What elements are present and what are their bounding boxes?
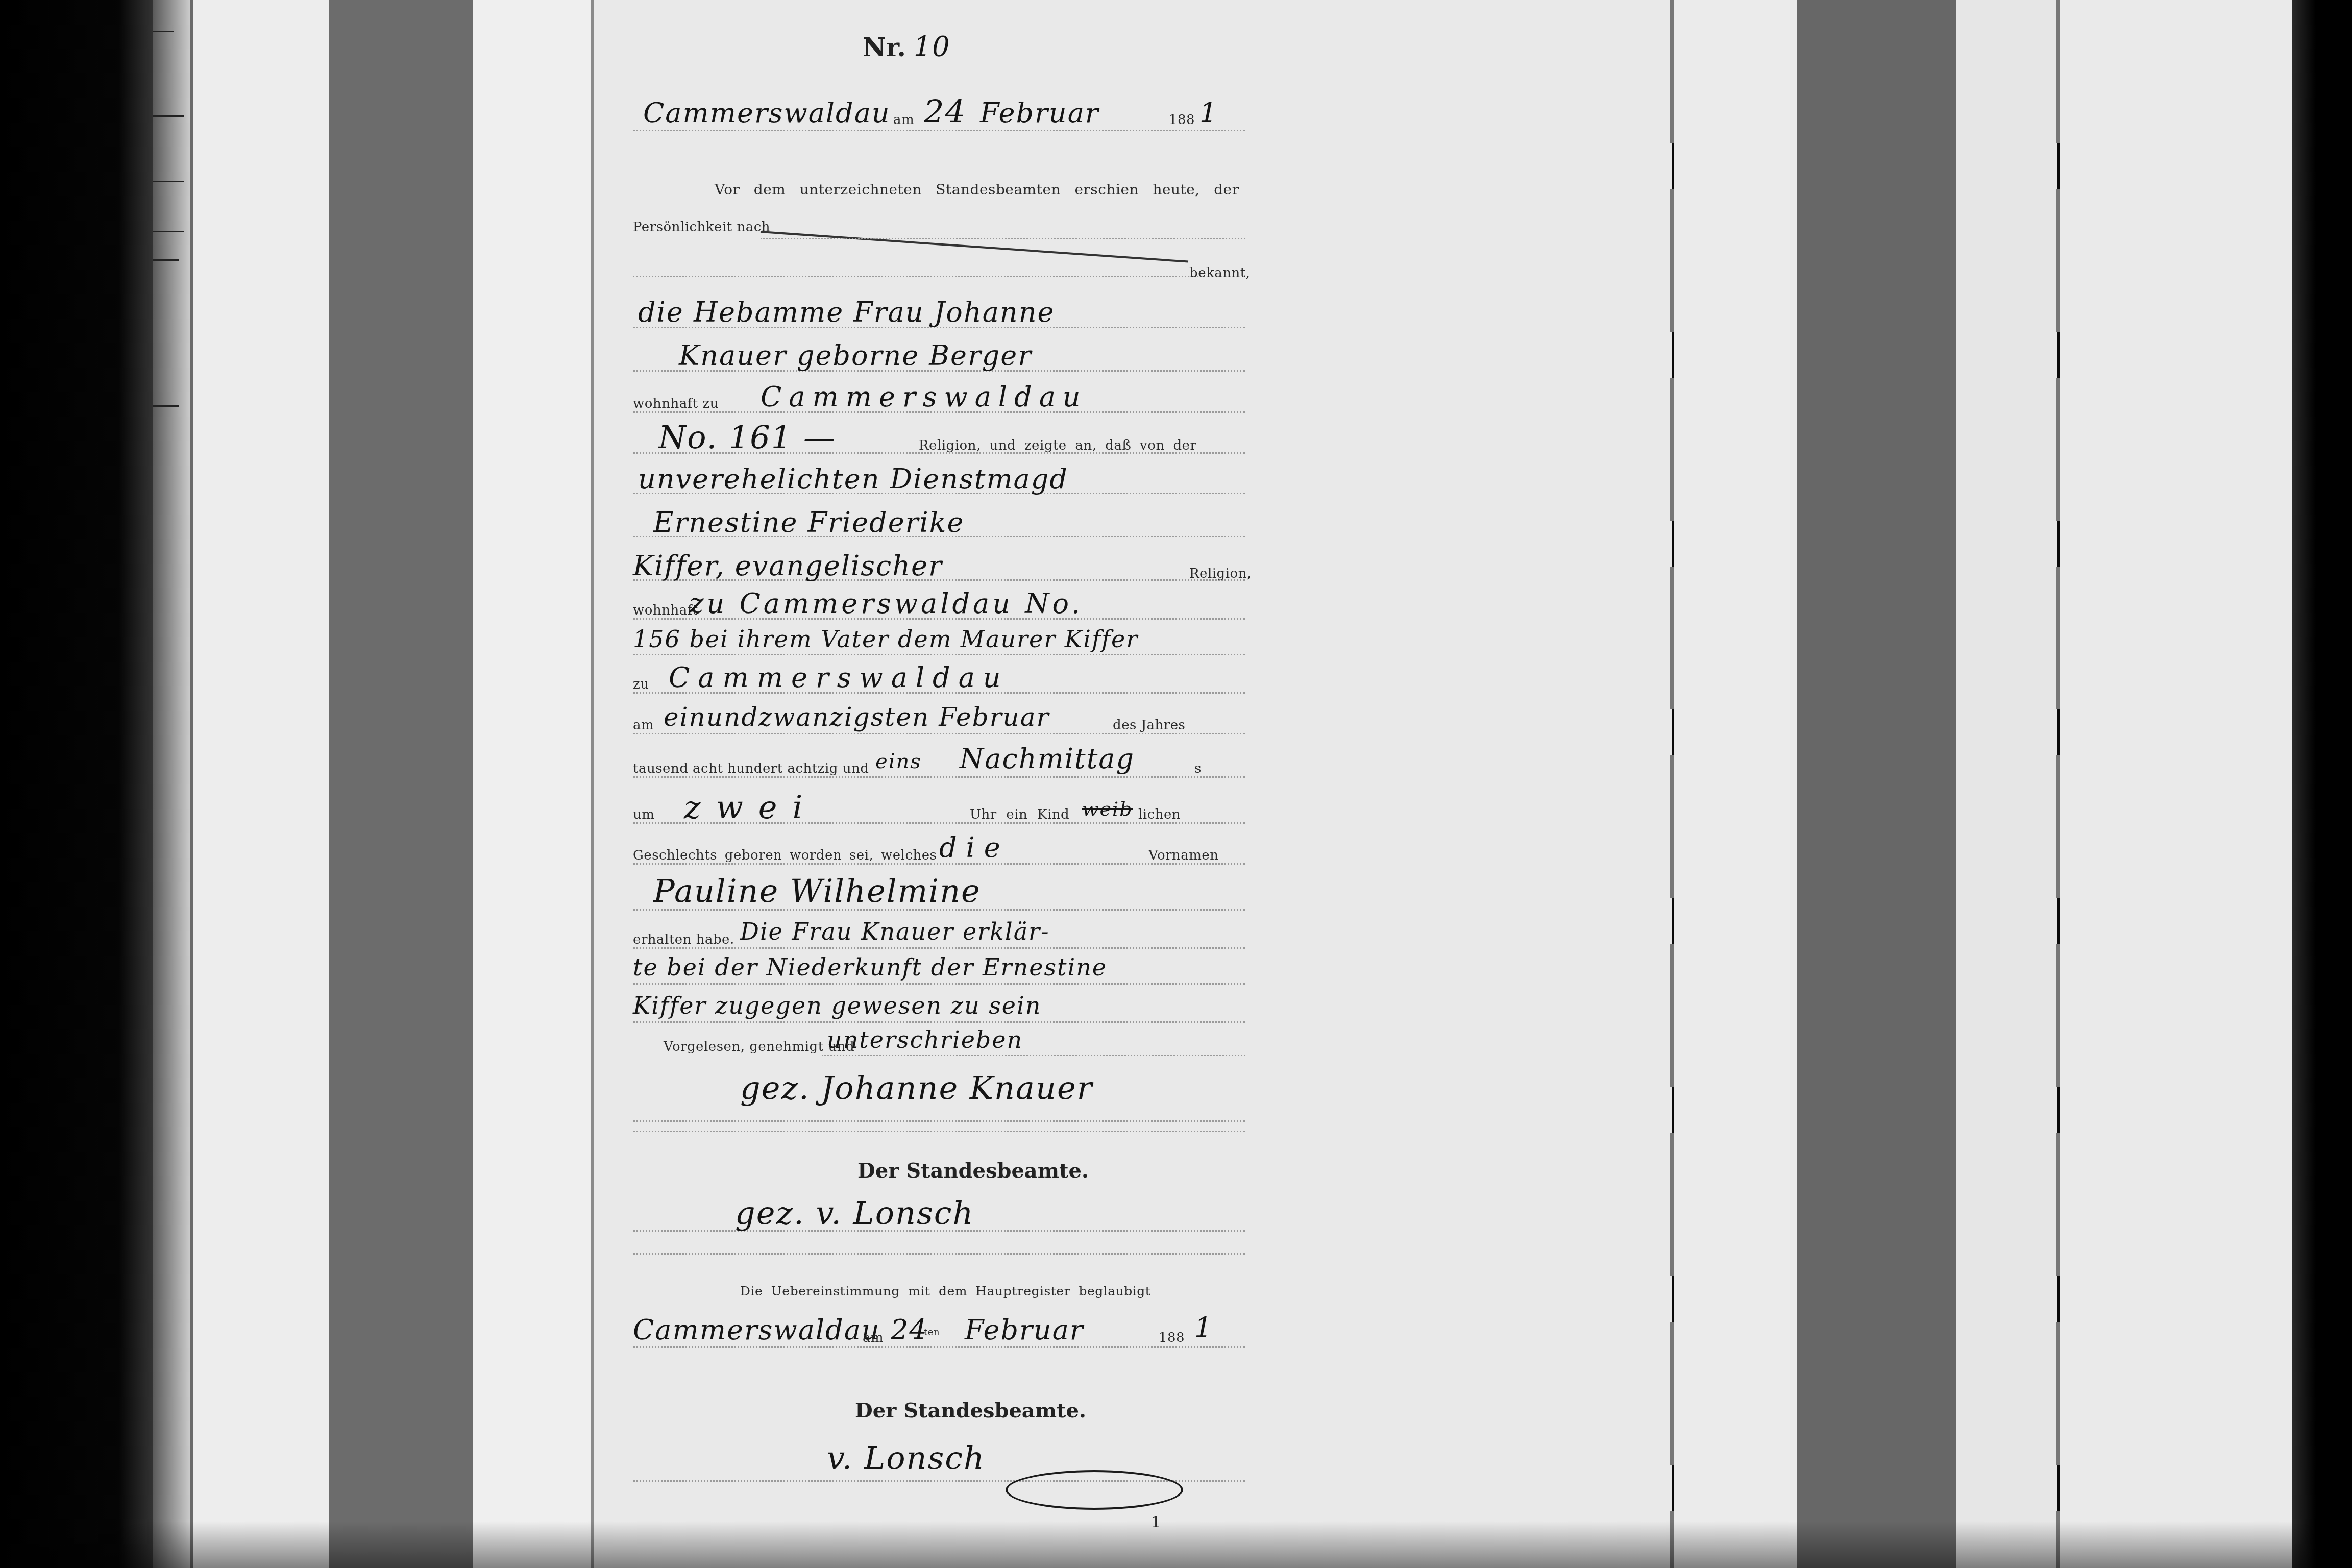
cert-year-prefix: 188 <box>1159 1330 1185 1345</box>
registrar-signature: gez. v. Lonsch <box>735 1194 974 1232</box>
signature-flourish <box>1006 1470 1183 1510</box>
mother-status: unverehelichten Dienstmagd <box>638 463 1068 495</box>
previous-page-edge <box>153 0 191 1568</box>
cert-day-value: 24 <box>891 1314 928 1346</box>
received-label: erhalten habe. <box>633 932 734 947</box>
hour-value: zwei <box>684 789 818 826</box>
cert-day-suffix: ten <box>924 1327 940 1338</box>
birthplace-label: zu <box>633 677 649 692</box>
mother-given-names: Ernestine Friederike <box>653 506 964 538</box>
record-number: Nr. 10 <box>863 31 951 63</box>
informant-name-2: Knauer geborne Berger <box>679 339 1032 372</box>
given-names-value: Pauline Wilhelmine <box>653 872 981 910</box>
binding-stitch-far-right <box>2056 0 2060 1568</box>
registrar-heading: Der Standesbeamte. <box>857 1159 1089 1183</box>
time-of-day-suffix: s <box>1194 761 1202 776</box>
hour-label: um <box>633 807 654 822</box>
film-edge-right <box>2292 0 2352 1568</box>
identity-suffix: bekannt, <box>1189 265 1251 281</box>
margin-mark <box>153 259 179 261</box>
cert-am-label: am <box>863 1330 884 1345</box>
note-line-1: Die Frau Knauer erklär- <box>740 918 1050 945</box>
year-prefix: 188 <box>1169 112 1195 128</box>
birth-year-printed: tausend acht hundert achtzig und <box>633 761 869 776</box>
margin-mark <box>153 405 179 407</box>
film-vignette <box>0 1521 2352 1568</box>
am-label: am <box>893 112 914 128</box>
record-number-label: Nr. <box>863 32 906 62</box>
record-number-value: 10 <box>914 31 951 63</box>
mother-residence-value: zu Cammerswaldau No. <box>689 587 1083 620</box>
year-suffix: 1 <box>1199 97 1218 129</box>
religion-label: Religion, <box>1189 566 1252 581</box>
gray-band-right <box>1797 0 1956 1568</box>
certification-text: Die Uebereinstimmung mit dem Hauptregist… <box>740 1284 1150 1298</box>
blank-strip <box>1674 0 1797 1568</box>
cert-place-value: Cammerswaldau <box>633 1314 880 1346</box>
mother-residence-detail: 156 bei ihrem Vater dem Maurer Kiffer <box>633 625 1138 653</box>
margin-mark <box>153 115 184 117</box>
mother-residence-label: wohnhaft <box>633 603 698 618</box>
informant-signature: gez. Johanne Knauer <box>740 1069 1093 1107</box>
hour-printed: Uhr ein Kind <box>970 807 1069 822</box>
note-line-3-text: Kiffer zugegen gewesen zu sein <box>633 992 1041 1019</box>
day-value: 24 <box>924 93 966 130</box>
birth-day-label: am <box>633 718 654 733</box>
sex-suffix: lichen <box>1138 807 1181 822</box>
residence-label: wohnhaft zu <box>633 396 719 411</box>
house-number-value: No. 161 — <box>658 419 836 456</box>
birth-record: Nr. 10 Cammerswaldau am 24 Februar 188 1… <box>633 0 1245 1568</box>
margin-mark <box>153 181 184 182</box>
time-of-day-value: Nachmittag <box>960 743 1135 775</box>
registrar-heading-2: Der Standesbeamte. <box>855 1399 1086 1423</box>
article-value: die <box>939 831 1010 864</box>
birth-day-value: einundzwanzigsten Februar <box>664 702 1050 732</box>
place-value: Cammerswaldau <box>643 97 891 129</box>
note-line-2-text: te bei der Niederkunft der Ernestine <box>633 953 1107 981</box>
mother-surname-religion: Kiffer, evangelischer <box>633 550 943 582</box>
blank-strip <box>1956 0 2057 1568</box>
blank-strip <box>473 0 592 1568</box>
gray-band-left <box>329 0 473 1568</box>
cert-year-suffix: 1 <box>1194 1312 1213 1344</box>
approval-value: unterschrieben <box>827 1026 1023 1053</box>
informant-name-1: die Hebamme Frau Johanne <box>638 296 1055 328</box>
religion-text: Religion, und zeigte an, daß von der <box>919 438 1196 453</box>
intro-text: Vor dem unterzeichneten Standesbeamten e… <box>715 181 1239 198</box>
month-value: Februar <box>980 97 1099 129</box>
film-edge-left <box>0 0 158 1568</box>
birth-year-label: des Jahres <box>1113 718 1185 733</box>
blank-strip <box>193 0 330 1568</box>
approval-printed: Vorgelesen, genehmigt und <box>664 1039 854 1055</box>
sex-printed: Geschlechts geboren worden sei, welches <box>633 848 937 863</box>
given-names-label: Vornamen <box>1148 848 1219 863</box>
next-page <box>2060 0 2293 1568</box>
strike-through-line <box>761 231 1188 263</box>
sex-value: weib <box>1082 798 1133 820</box>
identity-label: Persönlichkeit nach <box>633 219 770 235</box>
margin-mark <box>153 231 184 232</box>
cert-month-value: Februar <box>965 1314 1084 1346</box>
birth-year-value: eins <box>875 750 922 773</box>
residence-value: Cammerswaldau <box>761 381 1088 413</box>
birthplace-value: Cammerswaldau <box>669 661 1009 694</box>
margin-mark <box>153 31 174 32</box>
binding-stitch-right <box>1670 0 1674 1568</box>
registrar-signature-2: v. Lonsch <box>827 1439 985 1477</box>
